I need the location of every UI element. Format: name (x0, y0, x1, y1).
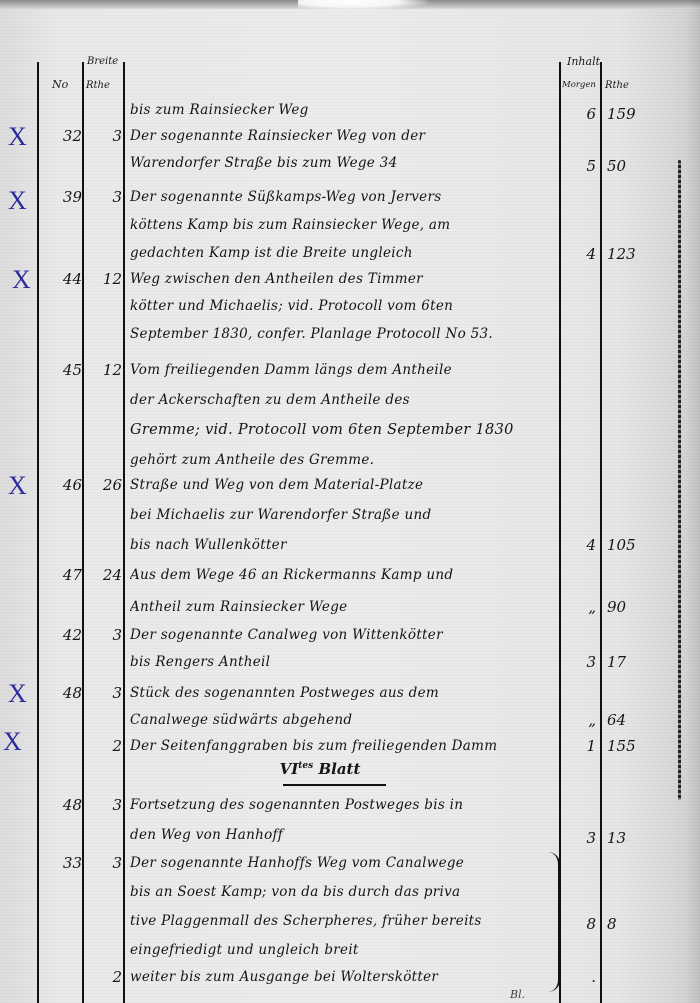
row-2-line-0: Der sogenannte Süßkamps-Weg von Jervers (130, 187, 560, 207)
row-5-no: 46 (48, 475, 82, 495)
section-sup: tes (298, 761, 313, 771)
section-roman: VI (280, 760, 299, 778)
row-10-line-1: den Weg von Hanhoff (130, 825, 560, 845)
row-3-no: 44 (48, 269, 82, 289)
row-4-no: 45 (48, 360, 82, 380)
row-6-morgen: „ (562, 597, 596, 617)
rule-no-breite (82, 62, 84, 1003)
row-4-line-0: Vom freiliegenden Damm längs dem Antheil… (130, 360, 560, 380)
row-4-line-2: Gremme; vid. Protocoll vom 6ten Septembe… (130, 420, 560, 440)
row-11-line-0: Der sogenannte Hanhoffs Weg vom Canalweg… (130, 853, 560, 873)
row-3-line-2: September 1830, confer. Planlage Protoco… (130, 324, 560, 344)
row-12-breite: 2 (86, 967, 122, 987)
row-7-ruthen: 17 (607, 652, 647, 672)
section-underline (283, 784, 386, 786)
row-1-ruthen: 50 (607, 156, 647, 176)
section-word: Blatt (318, 760, 360, 778)
row-1-x-mark: X (8, 124, 27, 150)
row-9-ruthen: 155 (607, 736, 647, 756)
header-breite-unit: Rthe (86, 80, 110, 91)
row-6-ruthen: 90 (607, 597, 647, 617)
row-2-x-mark: X (8, 188, 27, 214)
section-heading: VItes Blatt (260, 760, 380, 778)
rule-left-no (37, 62, 39, 1003)
row-0-morgen: 6 (562, 104, 596, 124)
row-7-line-1: bis Rengers Antheil (130, 652, 560, 672)
row-3-x-mark: X (12, 267, 31, 293)
row-1-breite: 3 (86, 126, 122, 146)
row-9-breite: 2 (86, 736, 122, 756)
row-4-line-1: der Ackerschaften zu dem Antheile des (130, 390, 560, 410)
ledger-page: No Breite Rthe Inhalt Morgen Rthe bis zu… (0, 0, 700, 1003)
row-6-line-0: Aus dem Wege 46 an Rickermanns Kamp und (130, 565, 560, 585)
row-5-x-mark: X (8, 473, 27, 499)
row-7-line-0: Der sogenannte Canalweg von Wittenkötter (130, 625, 560, 645)
row-10-morgen: 3 (562, 828, 596, 848)
light-glare (298, 0, 428, 10)
row-3-line-1: kötter und Michaelis; vid. Protocoll vom… (130, 296, 560, 316)
row-3-breite: 12 (86, 269, 122, 289)
row-8-line-1: Canalwege südwärts abgehend (130, 710, 560, 730)
row-9-x-mark: X (3, 729, 22, 755)
row-5-morgen: 4 (562, 535, 596, 555)
row-6-no: 47 (48, 565, 82, 585)
row-1-morgen: 5 (562, 156, 596, 176)
row-8-breite: 3 (86, 683, 122, 703)
row-7-morgen: 3 (562, 652, 596, 672)
row-11-morgen: 8 (562, 914, 596, 934)
row-11-line-2: tive Plaggenmall des Scherpheres, früher… (130, 911, 560, 931)
row-11-ruthen: 8 (607, 914, 647, 934)
row-4-breite: 12 (86, 360, 122, 380)
rule-breite-text (123, 62, 125, 1003)
row-5-breite: 26 (86, 475, 122, 495)
row-7-no: 42 (48, 625, 82, 645)
row-5-line-1: bei Michaelis zur Warendorfer Straße und (130, 505, 560, 525)
row-4-line-3: gehört zum Antheile des Gremme. (130, 450, 560, 470)
header-morgen: Morgen (562, 80, 596, 90)
row-10-line-0: Fortsetzung des sogenannten Postweges bi… (130, 795, 560, 815)
row-8-no: 48 (48, 683, 82, 703)
row-12-morgen: . (562, 967, 596, 987)
row-0-line-0: bis zum Rainsiecker Weg (130, 100, 560, 120)
row-2-ruthen: 123 (607, 244, 647, 264)
row-2-line-2: gedachten Kamp ist die Breite ungleich (130, 243, 560, 263)
row-2-line-1: köttens Kamp bis zum Rainsiecker Wege, a… (130, 215, 560, 235)
row-0-ruthen: 159 (607, 104, 647, 124)
row-10-ruthen: 13 (607, 828, 647, 848)
row-1-no: 32 (48, 126, 82, 146)
header-inhalt-top: Inhalt (567, 55, 600, 68)
row-11-line-3: eingefriedigt und ungleich breit (130, 940, 560, 960)
row-12-line-0: weiter bis zum Ausgange bei Wolterskötte… (130, 967, 560, 987)
row-8-line-0: Stück des sogenannten Postweges aus dem (130, 683, 560, 703)
page-right-shadow (686, 0, 700, 1003)
row-1-line-1: Warendorfer Straße bis zum Wege 34 (130, 153, 560, 173)
row-3-line-0: Weg zwischen den Antheilen des Timmer (130, 269, 560, 289)
row-5-line-0: Straße und Weg von dem Material-Platze (130, 475, 560, 495)
row-10-breite: 3 (86, 795, 122, 815)
row-6-line-1: Antheil zum Rainsiecker Wege (130, 597, 560, 617)
row-2-morgen: 4 (562, 244, 596, 264)
binding-stitch (678, 160, 681, 800)
row-9-line-0: Der Seitenfanggraben bis zum freiliegend… (130, 736, 560, 756)
row-5-ruthen: 105 (607, 535, 647, 555)
header-no: No (52, 78, 68, 91)
row-10-no: 48 (48, 795, 82, 815)
row-8-morgen: „ (562, 710, 596, 730)
footer-fragment: Bl. (510, 988, 525, 1001)
row-8-ruthen: 64 (607, 710, 647, 730)
row-8-x-mark: X (8, 681, 27, 707)
header-ruthen: Rthe (605, 80, 629, 91)
row-1-line-0: Der sogenannte Rainsiecker Weg von der (130, 126, 560, 146)
row-5-line-2: bis nach Wullenkötter (130, 535, 560, 555)
row-2-no: 39 (48, 187, 82, 207)
row-2-breite: 3 (86, 187, 122, 207)
row-11-breite: 3 (86, 853, 122, 873)
row-6-breite: 24 (86, 565, 122, 585)
header-breite-top: Breite (87, 56, 118, 67)
row-11-no: 33 (48, 853, 82, 873)
row-9-morgen: 1 (562, 736, 596, 756)
row-11-line-1: bis an Soest Kamp; von da bis durch das … (130, 882, 560, 902)
row-7-breite: 3 (86, 625, 122, 645)
rule-morgen-ruthen (600, 62, 602, 1003)
